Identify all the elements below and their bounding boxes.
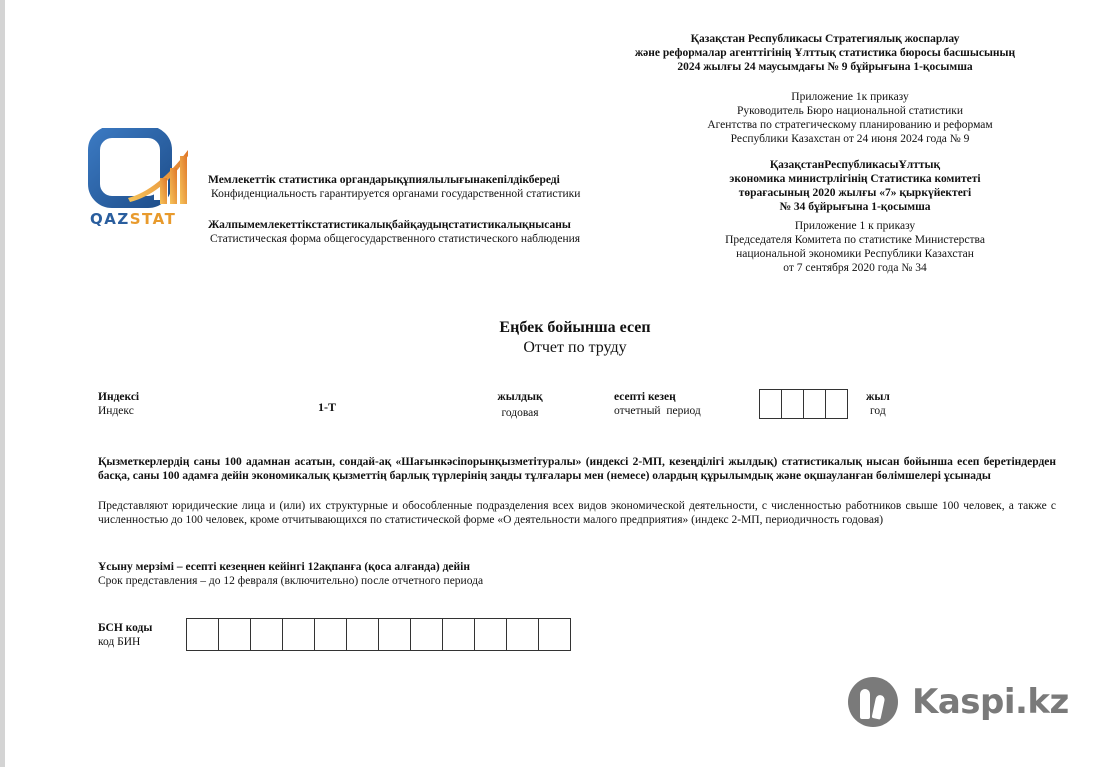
text-line: төрағасының 2020 жылғы «7» қыркүйектегі: [680, 186, 1030, 200]
bin-label: БСН коды код БИН: [98, 621, 152, 649]
index-label: Индексі Индекс: [98, 390, 139, 418]
year-digit-box[interactable]: [759, 389, 782, 419]
appendix-kz-2024: Қазақстан Республикасы Стратегиялық жосп…: [590, 32, 1060, 74]
periodicity-ru: годовая: [490, 406, 550, 420]
bin-digit-box[interactable]: [442, 618, 475, 651]
appendix-kz-2020: ҚазақстанРеспубликасыҰлттық экономика ми…: [680, 158, 1030, 214]
text-line: Председателя Комитета по статистике Мини…: [680, 233, 1030, 247]
form-type-ru: Статистическая форма общегосударственног…: [208, 232, 648, 246]
bin-label-kz: БСН коды: [98, 621, 152, 635]
deadline-kz: Ұсыну мерзімі – есепті кезеңнен кейінгі …: [98, 560, 698, 574]
logo-text-stat: STAT: [130, 210, 177, 228]
confidentiality-notice: Мемлекеттік статистика органдарықұпиялыл…: [208, 173, 648, 201]
text-line: Приложение 1 к приказу: [680, 219, 1030, 233]
text-line: Приложение 1к приказу: [660, 90, 1040, 104]
kaspi-watermark-text: Kaspi.kz: [912, 682, 1069, 722]
qazstat-logo-icon: [88, 128, 192, 210]
respondents-kz: Қызметкерлердің саны 100 адамнан асатын,…: [98, 455, 1056, 483]
title-ru: Отчет по труду: [430, 338, 720, 358]
kaspi-logo-icon: [848, 677, 898, 727]
bin-digit-box[interactable]: [282, 618, 315, 651]
year-label: жыл год: [866, 390, 890, 418]
text-line: 2024 жылғы 24 маусымдағы № 9 бұйрығына 1…: [590, 60, 1060, 74]
bin-digit-box[interactable]: [506, 618, 539, 651]
form-type-notice: Жалпымемлекеттікстатистикалықбайқаудыңст…: [208, 218, 648, 246]
reporting-period-label: есепті кезең отчетный период: [614, 390, 701, 418]
appendix-ru-2020: Приложение 1 к приказу Председателя Коми…: [680, 219, 1030, 275]
text-line: экономика министрлігінің Статистика коми…: [680, 172, 1030, 186]
deadline-ru: Срок представления – до 12 февраля (вклю…: [98, 574, 698, 588]
bin-digit-box[interactable]: [410, 618, 443, 651]
title-kz: Еңбек бойынша есеп: [430, 318, 720, 338]
bin-digit-box[interactable]: [378, 618, 411, 651]
text-line: национальной экономики Республики Казахс…: [680, 247, 1030, 261]
bin-input-boxes[interactable]: [187, 618, 571, 651]
respondents-ru: Представляют юридические лица и (или) их…: [98, 499, 1056, 527]
logo-text-qaz: QAZ: [90, 210, 130, 228]
bin-digit-box[interactable]: [250, 618, 283, 651]
bin-digit-box[interactable]: [474, 618, 507, 651]
text-line: және реформалар агенттігінің Ұлттық стат…: [590, 46, 1060, 60]
qazstat-logo-text: QAZSTAT: [90, 210, 176, 228]
bin-digit-box[interactable]: [314, 618, 347, 651]
bin-label-ru: код БИН: [98, 635, 152, 649]
year-label-ru: год: [866, 404, 890, 418]
form-type-kz: Жалпымемлекеттікстатистикалықбайқаудыңст…: [208, 218, 648, 232]
bin-digit-box[interactable]: [538, 618, 571, 651]
text-line: от 7 сентября 2020 года № 34: [680, 261, 1030, 275]
text-line: Руководитель Бюро национальной статистик…: [660, 104, 1040, 118]
bin-digit-box[interactable]: [346, 618, 379, 651]
year-digit-box[interactable]: [781, 389, 804, 419]
text-line: Агентства по стратегическому планировани…: [660, 118, 1040, 132]
index-value: 1-Т: [318, 400, 336, 415]
reporting-period-ru: отчетный период: [614, 404, 701, 418]
index-label-ru: Индекс: [98, 404, 139, 418]
index-label-kz: Индексі: [98, 390, 139, 404]
confidentiality-ru: Конфиденциальность гарантируется органам…: [208, 187, 648, 201]
kaspi-watermark: Kaspi.kz: [848, 677, 1069, 727]
page-edge: [0, 0, 5, 767]
confidentiality-kz: Мемлекеттік статистика органдарықұпиялыл…: [208, 173, 648, 187]
text-line: Қазақстан Республикасы Стратегиялық жосп…: [590, 32, 1060, 46]
year-label-kz: жыл: [866, 390, 890, 404]
reporting-period-kz: есепті кезең: [614, 390, 701, 404]
text-line: Республики Казахстан от 24 июня 2024 год…: [660, 132, 1040, 146]
appendix-ru-2024: Приложение 1к приказу Руководитель Бюро …: [660, 90, 1040, 146]
bin-digit-box[interactable]: [186, 618, 219, 651]
periodicity: жылдық годовая: [490, 390, 550, 420]
submission-deadline: Ұсыну мерзімі – есепті кезеңнен кейінгі …: [98, 560, 698, 588]
year-digit-box[interactable]: [803, 389, 826, 419]
bin-digit-box[interactable]: [218, 618, 251, 651]
text-line: ҚазақстанРеспубликасыҰлттық: [680, 158, 1030, 172]
year-digit-box[interactable]: [825, 389, 848, 419]
year-input-boxes[interactable]: [760, 389, 848, 419]
periodicity-kz: жылдық: [490, 390, 550, 404]
text-line: № 34 бұйрығына 1-қосымша: [680, 200, 1030, 214]
qazstat-logo: QAZSTAT: [88, 128, 192, 228]
report-title: Еңбек бойынша есеп Отчет по труду: [430, 318, 720, 358]
